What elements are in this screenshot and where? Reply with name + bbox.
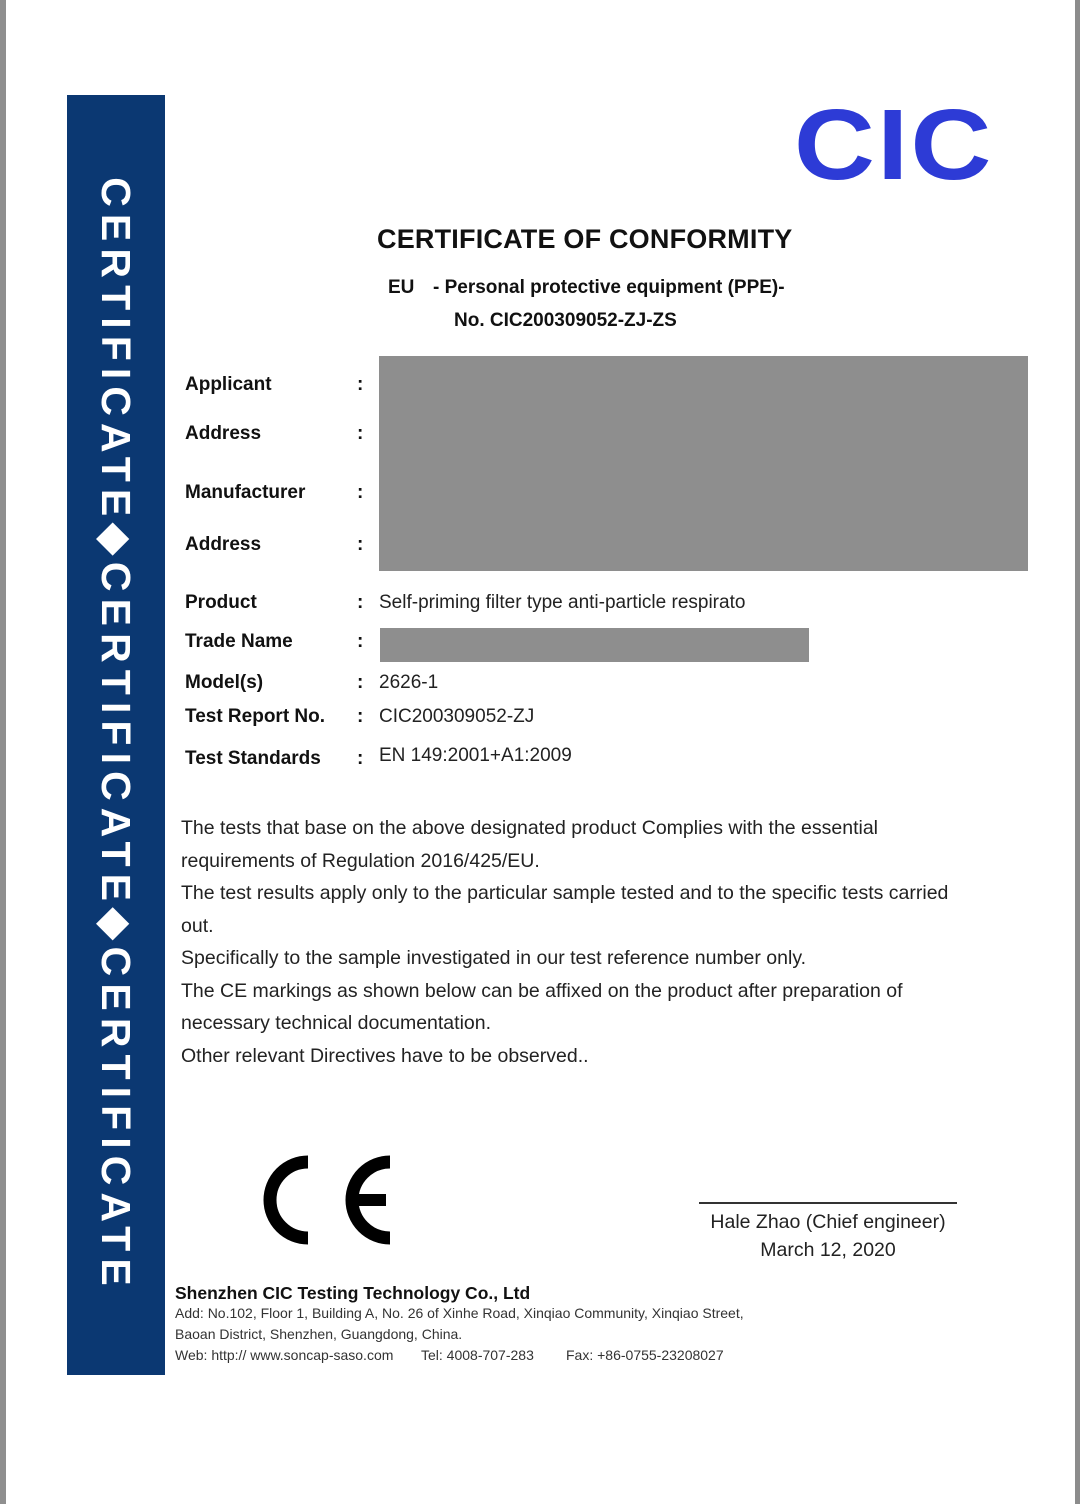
redacted-applicant-manufacturer-block <box>379 356 1028 571</box>
cic-logo: CIC <box>794 88 994 203</box>
field-label: Trade Name <box>185 631 293 653</box>
field-colon: : <box>357 672 363 694</box>
field-colon: : <box>357 631 363 653</box>
field-colon: : <box>357 706 363 728</box>
field-value: EN 149:2001+A1:2009 <box>379 745 572 767</box>
issuer-company-name: Shenzhen CIC Testing Technology Co., Ltd <box>175 1283 530 1304</box>
signature-date: March 12, 2020 <box>699 1239 957 1262</box>
region-label: EU <box>388 277 414 299</box>
statement-line: Specifically to the sample investigated … <box>181 947 806 970</box>
field-colon: : <box>357 482 363 504</box>
statement-line: Other relevant Directives have to be obs… <box>181 1045 589 1068</box>
field-colon: : <box>357 534 363 556</box>
sidebar-vertical-text: CERTIFICATE◆CERTIFICATE◆CERTIFICATE <box>67 95 165 1375</box>
field-label: Manufacturer <box>185 482 305 504</box>
signature-line <box>699 1202 957 1204</box>
field-value: Self-priming filter type anti-particle r… <box>379 592 745 614</box>
certificate-number: No. CIC200309052-ZJ-ZS <box>454 310 677 332</box>
redacted-trade-name <box>380 628 809 662</box>
scope-label: - Personal protective equipment (PPE)- <box>433 277 785 299</box>
field-colon: : <box>357 374 363 396</box>
statement-line: The test results apply only to the parti… <box>181 882 948 905</box>
issuer-address-line-1: Add: No.102, Floor 1, Building A, No. 26… <box>175 1305 744 1321</box>
field-colon: : <box>357 423 363 445</box>
issuer-fax: Fax: +86-0755-23208027 <box>566 1347 724 1363</box>
field-colon: : <box>357 592 363 614</box>
issuer-address-line-2: Baoan District, Shenzhen, Guangdong, Chi… <box>175 1326 462 1342</box>
field-value: 2626-1 <box>379 672 438 694</box>
field-label: Test Report No. <box>185 706 325 728</box>
field-label: Applicant <box>185 374 272 396</box>
field-label: Product <box>185 592 257 614</box>
sidebar-band: CERTIFICATE◆CERTIFICATE◆CERTIFICATE <box>67 95 165 1375</box>
field-label: Test Standards <box>185 748 321 770</box>
page-edge-right <box>1075 0 1080 1504</box>
field-label: Address <box>185 423 261 445</box>
page-edge-left <box>0 0 6 1504</box>
statement-line: requirements of Regulation 2016/425/EU. <box>181 850 540 873</box>
statement-line: out. <box>181 915 214 938</box>
signatory-name: Hale Zhao (Chief engineer) <box>699 1211 957 1234</box>
statement-line: The CE markings as shown below can be af… <box>181 980 903 1003</box>
certificate-title: CERTIFICATE OF CONFORMITY <box>377 224 792 255</box>
issuer-website: Web: http:// www.soncap-saso.com <box>175 1347 393 1363</box>
issuer-phone: Tel: 4008-707-283 <box>421 1347 534 1363</box>
field-label: Model(s) <box>185 672 263 694</box>
field-colon: : <box>357 748 363 770</box>
statement-line: The tests that base on the above designa… <box>181 817 878 840</box>
statement-line: necessary technical documentation. <box>181 1012 491 1035</box>
field-label: Address <box>185 534 261 556</box>
ce-mark-icon <box>262 1150 402 1250</box>
field-value: CIC200309052-ZJ <box>379 706 534 728</box>
